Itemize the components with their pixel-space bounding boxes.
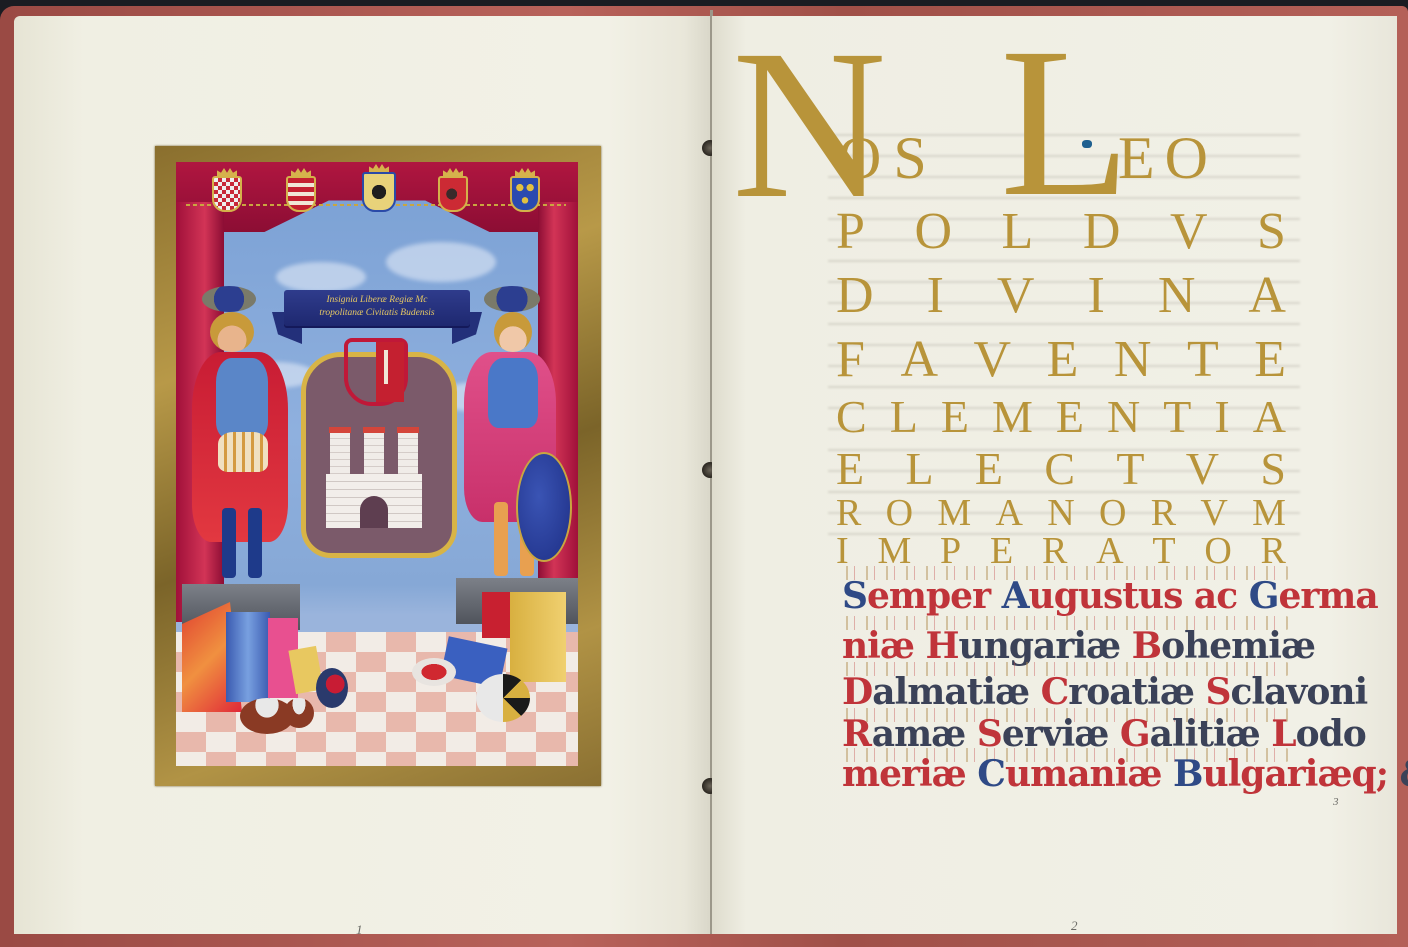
flag-trophy [482, 592, 512, 638]
hungarian-arms-icon [344, 338, 408, 406]
inscription-banner: Insignia Liberæ Regiæ Mc tropolitanæ Civ… [284, 290, 470, 326]
title-fragment-eo: EO [1118, 124, 1218, 193]
round-shield [516, 452, 572, 562]
kettle-drum-icon [284, 698, 314, 728]
warrior-figure [192, 302, 302, 592]
title-line-romanorum: ROMANORVM [836, 494, 1286, 532]
folio-number-left: 1 [356, 922, 363, 938]
cloud [386, 242, 496, 282]
title-line-poldus: POLDVS [836, 206, 1286, 258]
coat-of-arms-icon [286, 176, 316, 212]
initial-L: L [1000, 16, 1131, 230]
three-crowns-icon [510, 176, 540, 212]
title-line-favente: FAVENTE [836, 334, 1286, 386]
title-line-clementia: CLEMENTIA [836, 394, 1286, 440]
flag-trophy [510, 592, 566, 682]
flag-trophy [226, 612, 270, 702]
fraktur-line-4: Ramæ Serviæ Galitiæ Lodo [842, 716, 1292, 752]
fraktur-line-3: Dalmatiæ Croatiæ Sclavoni [842, 674, 1292, 710]
ink-blot [1082, 140, 1092, 148]
side-drum-icon [476, 674, 530, 722]
coat-of-arms-icon [212, 176, 242, 212]
imperial-eagle-icon [362, 172, 396, 212]
title-line-divina: DIVINA [836, 270, 1286, 322]
title-line-electus: ELECTVS [836, 446, 1286, 492]
helmet-icon [316, 668, 348, 708]
title-fragment-os: OS [838, 124, 939, 193]
turban-icon [412, 658, 456, 686]
folio-number-right: 2 [1071, 918, 1078, 934]
illuminated-miniature: Insignia Liberæ Regiæ Mc tropolitanæ Civ… [176, 162, 578, 766]
castle-icon [326, 432, 422, 528]
margin-mark: 3 [1333, 796, 1339, 808]
banner-line-1: Insignia Liberæ Regiæ Mc [284, 295, 470, 305]
fraktur-line-5: meriæ Cumaniæ Bulgariæq; &c [842, 756, 1292, 792]
fraktur-line-2: niæ Hungariæ Bohemiæ [842, 628, 1292, 664]
lion-rampant-icon [438, 176, 468, 212]
cloud [276, 262, 366, 292]
banner-line-2: tropolitanæ Civitatis Budensis [284, 308, 470, 318]
title-line-imperator: IMPERATOR [836, 532, 1286, 570]
fraktur-line-1: Semper Augustus ac Germa [842, 578, 1292, 614]
